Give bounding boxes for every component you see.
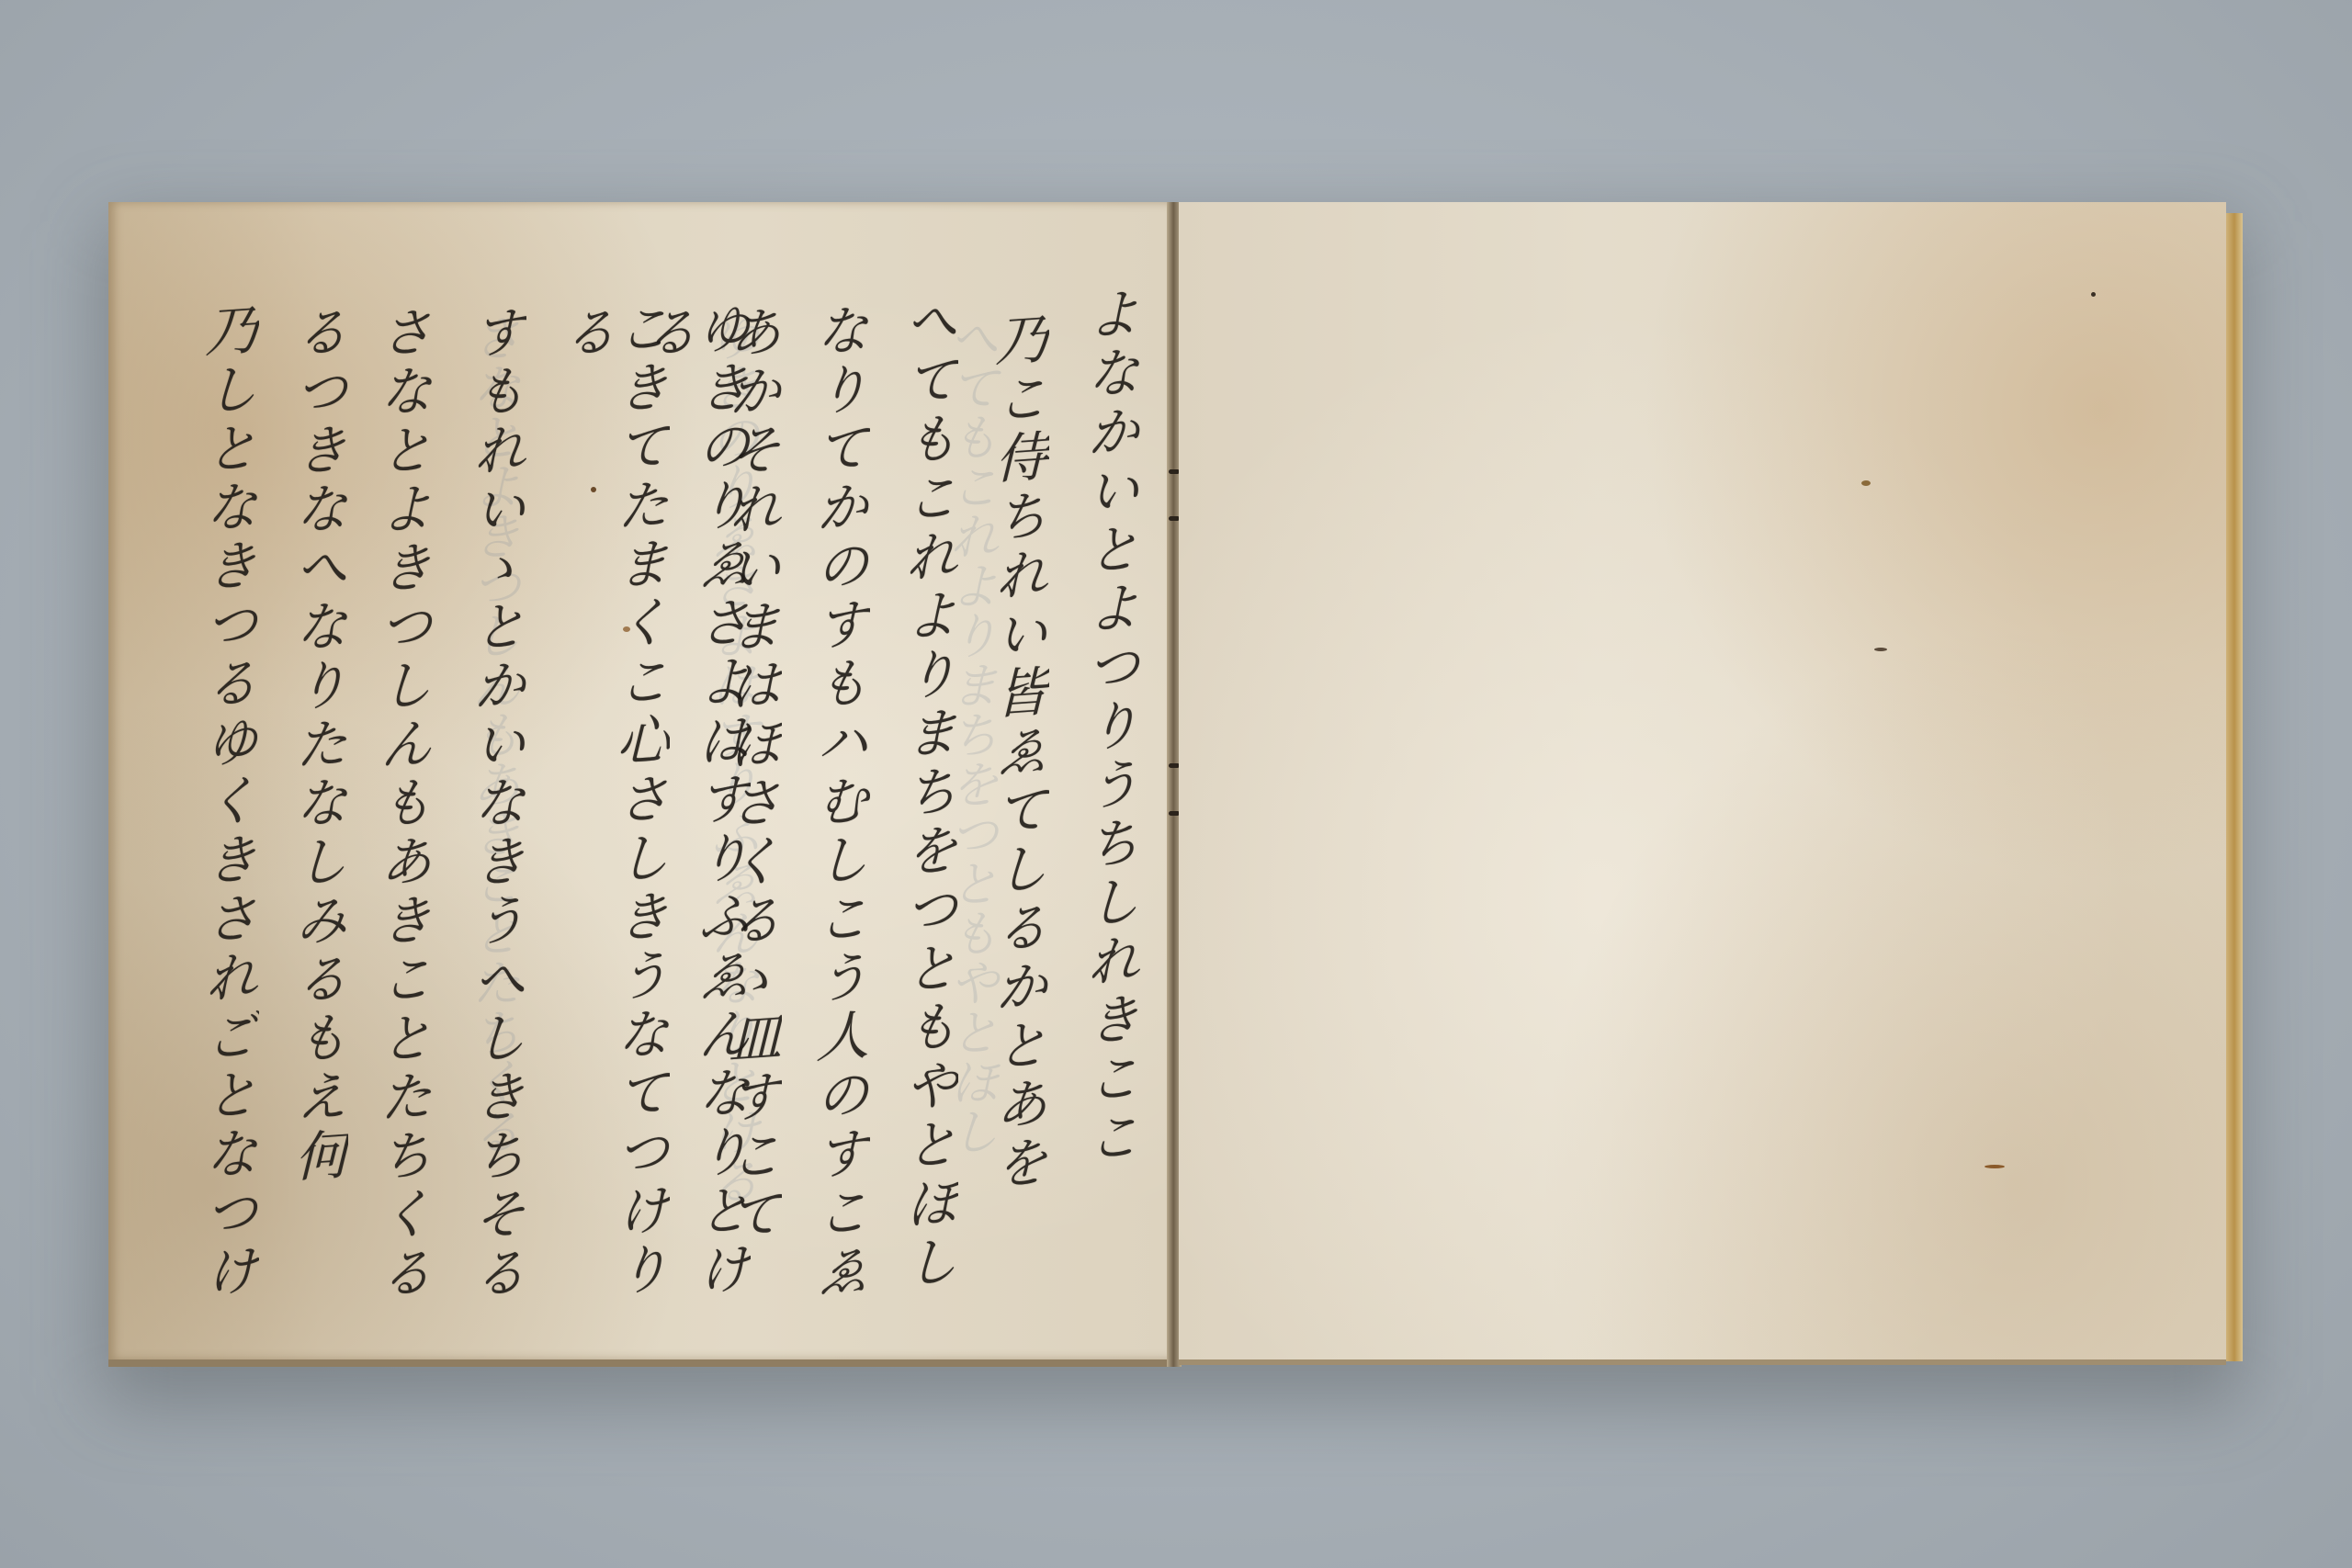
ink-spot: [2091, 292, 2096, 297]
ink-spot: [591, 487, 596, 492]
text-column-8: すもれいゝとかいなきうへしきちそる: [469, 303, 522, 1306]
text-column-1: よなかいとよつりうちしれきここ: [1082, 285, 1136, 1170]
calligraphy-text: よなかいとよつりうちしれきここ 乃こ侍ちれい皆ゑてしるかとあを へてもこれよりま…: [108, 202, 1170, 1359]
text-column-10: るつきなへなりたなしみるもえ何: [290, 303, 344, 1189]
stain-mark: [1874, 648, 1887, 651]
page-edge-gilt: [2226, 213, 2243, 1361]
foxing-spot: [623, 626, 630, 632]
text-column-3: へてもこれよりまちをつともやとほし: [900, 292, 954, 1295]
stain-mark: [1984, 1165, 2005, 1168]
open-book: へてもこれよりまちをつともやとほし ゆきのりゑさよはすりふゑんなりとける さなと…: [108, 202, 2258, 1359]
text-column-7: こきてたまくこ心さしきうなてつけりる: [559, 299, 665, 1363]
text-column-2: 乃こ侍ちれい皆ゑてしるかとあを: [990, 310, 1044, 1196]
left-page: へてもこれよりまちをつともやとほし ゆきのりゑさよはすりふゑんなりとける さなと…: [108, 202, 1170, 1367]
text-column-11: 乃しとなきつるゆくきされごとなつけ: [200, 301, 254, 1304]
text-column-9: さなとよきつしんもあきことたちくる: [375, 303, 428, 1306]
right-page: [1179, 202, 2226, 1365]
foxing-spot: [1861, 480, 1871, 486]
text-column-4: なりてかのすもハむしこう人のすこゑ: [811, 301, 865, 1304]
